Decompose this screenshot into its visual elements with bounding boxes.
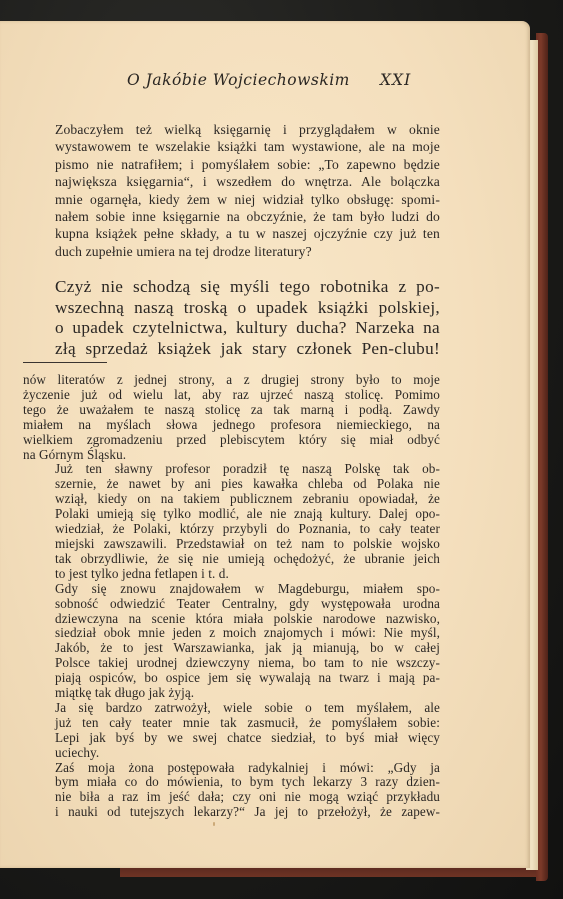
text-line: mnie ogarnęła, kiedy żem w niej widział … [23,191,440,208]
book-cover-bottom-edge [120,867,548,877]
text-line: wielkiem zgromadzeniu przed plebiscytem … [23,433,440,448]
text-line: wziął, kiedy on na takiem publicznem zeb… [23,492,440,507]
paragraph: Czyż nie schodzą się myśli tego robotnik… [23,277,440,359]
text-line: piają ospiców, bo ospice jem się wywalaj… [23,671,440,686]
text-line: duch zupełnie umiera na tej drodze liter… [23,243,440,260]
paper-speck [213,822,215,826]
text-line: dziewczyna na scenie która miała polskie… [23,612,440,627]
text-line: wystawowem te wszelakie książki tam wyst… [23,138,440,155]
text-line: sobność odwiedzić Teater Centralny, gdy … [23,597,440,612]
footnote-paragraph: Zaś moja żona postępowała radykalniej i … [23,761,440,821]
main-paragraph-2: Czyż nie schodzą się myśli tego robotnik… [23,277,440,359]
text-line: Zaś moja żona postępowała radykalniej i … [23,761,440,776]
text-line: Jakób, że to jest Warszawianka, jak ją m… [23,641,440,656]
text-line: nałem sobie inne księgarnie na obczyźnie… [23,208,440,225]
text-line: szernie, że nawet by ani pies kawałka ch… [23,477,440,492]
footnote: nów literatów z jednej strony, a z drugi… [23,373,440,820]
text-line: tak obrzydliwie, że się nie umieją ochęd… [23,552,440,567]
text-line: życzenie już od wielu lat, aby raz ujrze… [23,388,440,403]
text-line: bym miała co do mówienia, to bym tych le… [23,775,440,790]
text-line: Ja się bardzo zatrwożył, wiele sobie o t… [23,701,440,716]
text-line: złą sprzedaż książek jak stary członek P… [23,339,440,360]
text-line: największa księgarnia“, i wszedłem do wn… [23,173,440,190]
footnote-separator [23,362,107,363]
text-line: Lepi jak byś by we swej chatce siedział,… [23,731,440,746]
footnote-paragraph: Gdy się znowu znajdowałem w Magdeburgu, … [23,582,440,701]
page-number: XXI [380,71,411,89]
book-scan: O Jakóbie Wojciechowskim XXI Zobaczyłem … [0,0,563,899]
text-line: tego że uważałem te naszą stolicę za tak… [23,403,440,418]
text-line: pismo nie natrafiłem; i pomyślałem sobie… [23,156,440,173]
text-line: to jest tylko jedna fetlapen i t. d. [23,567,440,582]
paragraph: Zobaczyłem też wielką księgarnię i przyg… [23,121,440,260]
text-line: już ten cały teater mnie tak zasmucił, ż… [23,716,440,731]
text-line: Zobaczyłem też wielką księgarnię i przyg… [23,121,440,138]
text-line: kupna książek pełne składy, a tu w nasze… [23,225,440,242]
text-line: na Górnym Śląsku. [23,448,440,463]
book-page: O Jakóbie Wojciechowskim XXI Zobaczyłem … [0,21,530,868]
text-line: Czyż nie schodzą się myśli tego robotnik… [23,277,440,298]
main-paragraph-1: Zobaczyłem też wielką księgarnię i przyg… [23,121,440,260]
text-line: miałem na myślach słowa jednego profesor… [23,418,440,433]
text-line: Polaki umieją się tylko modlić, ale nie … [23,507,440,522]
text-line: wszechną naszą troską o upadek książki p… [23,298,440,319]
text-line: Gdy się znowu znajdowałem w Magdeburgu, … [23,582,440,597]
text-line: miątkę tak długo jak żyją. [23,686,440,701]
text-line: nie biła a raz im jeść dała; czy oni nie… [23,790,440,805]
text-line: miejski zawszawili. Przedstawiał on też … [23,537,440,552]
running-title: O Jakóbie Wojciechowskim [127,71,350,89]
footnote-paragraph: Ja się bardzo zatrwożył, wiele sobie o t… [23,701,440,761]
text-line: i nauki od tutejszych lekarzy?“ Ja jej t… [23,805,440,820]
text-line: uciechy. [23,746,440,761]
footnote-paragraph: nów literatów z jednej strony, a z drugi… [23,373,440,462]
text-line: Polsce takiej urodnej dziewczyny niema, … [23,656,440,671]
page-header: O Jakóbie Wojciechowskim XXI [0,71,530,101]
text-line: nów literatów z jednej strony, a z drugi… [23,373,440,388]
text-line: wiedział, że Polaki, którzy przybyli do … [23,522,440,537]
text-line: siedział obok mnie jeden z moich znajomy… [23,626,440,641]
text-line: Już ten sławny profesor poradził tę nasz… [23,462,440,477]
text-line: o upadek czytelnictwa, kultury ducha? Na… [23,318,440,339]
footnote-paragraph: Już ten sławny profesor poradził tę nasz… [23,462,440,581]
